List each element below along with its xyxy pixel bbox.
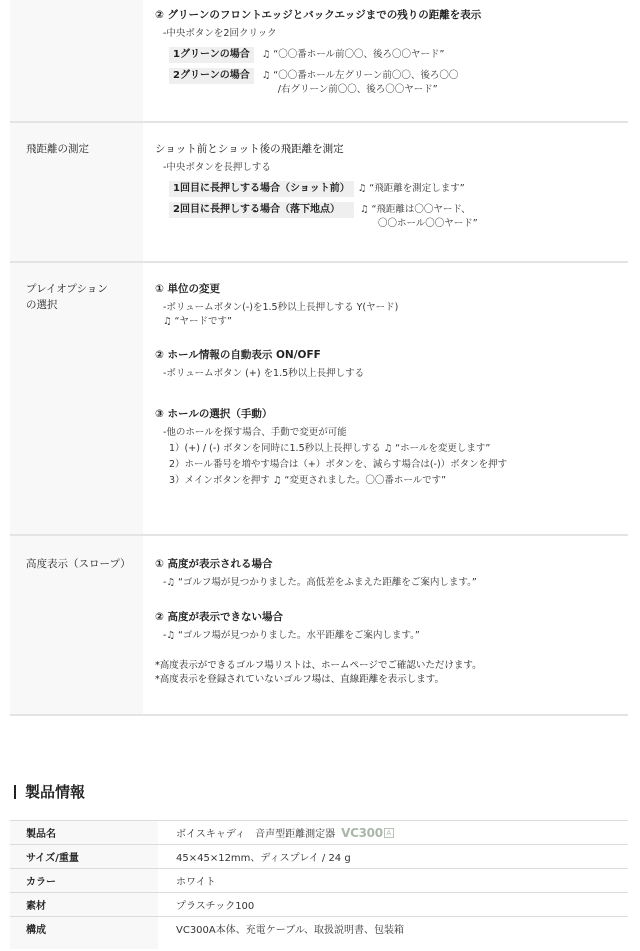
spec-row-name: 製品名 ボイスキャディ 音声型距離測定器 VC300 A	[10, 821, 628, 845]
slope-shown-line: -♫ “ゴルフ場が見つかりました。高低差をふまえた距離をご案内します。”	[155, 576, 628, 590]
case-voice: ♫ “〇〇番ホール左グリーン前〇〇、後ろ〇〇 /右グリーン前〇〇、後ろ〇〇ヤード…	[254, 68, 459, 97]
spec-table: 製品名 ボイスキャディ 音声型距離測定器 VC300 A サイズ/重量 45×4…	[10, 820, 628, 949]
spec-value: ホワイト	[158, 869, 628, 892]
unit-voice: ♫ “ヤードです”	[155, 315, 628, 329]
feature-label-text: 高度表示（スロープ）	[26, 558, 131, 570]
spec-value: ボイスキャディ 音声型距離測定器 VC300 A	[158, 821, 628, 844]
slope-not-shown-line: -♫ “ゴルフ場が見つかりました。水平距離をご案内します。”	[155, 629, 628, 643]
heading-bar	[14, 785, 16, 799]
case-tag: 2回目に長押しする場合（落下地点）	[169, 202, 354, 218]
spec-value: 45×45×12mm、ディスプレイ / 24 g	[158, 845, 628, 868]
spec-value-text: ボイスキャディ 音声型距離測定器	[176, 825, 335, 840]
slope-note-2: *高度表示を登録されていないゴルフ場は、直線距離を表示します。	[155, 673, 628, 687]
spec-row-color: カラー ホワイト	[10, 869, 628, 893]
hole-select-step-2: 2）ホール番号を増やす場合は（+）ボタンを、減らす場合は(-)）ボタンを押す	[155, 458, 628, 472]
hole-select-line: -他のホールを探す場合、手動で変更が可能	[155, 426, 628, 440]
spec-value: VC300A本体、充電ケーブル、取扱説明書、包装箱	[158, 917, 628, 949]
auto-display-line: -ボリュームボタン (+) を1.5秒以上長押しする	[155, 367, 628, 381]
voice-line: ♫ “飛距離を測定します”	[358, 182, 465, 196]
spec-value: プラスチック100	[158, 893, 628, 916]
slope-note-1: *高度表示ができるゴルフ場リストは、ホームページでご確認いただけます。	[155, 659, 628, 673]
case-tag: 1回目に長押しする場合（ショット前）	[169, 181, 354, 197]
vc300-logo: VC300	[341, 826, 383, 840]
spec-label: 製品名	[10, 821, 158, 844]
feature-body-cell: ① 単位の変更 -ボリュームボタン(-)を1.5秒以上長押しする Y(ヤード) …	[143, 263, 628, 534]
spec-row-contents: 構成 VC300A本体、充電ケーブル、取扱説明書、包装箱	[10, 917, 628, 949]
feature-row-green-edge: ② グリーンのフロントエッジとバックエッジまでの残りの距離を表示 -中央ボタンを…	[10, 0, 628, 123]
distance-case-1: 1回目に長押しする場合（ショット前） ♫ “飛距離を測定します”	[169, 181, 628, 197]
vc300-badge-icon: A	[384, 828, 394, 838]
voice-line: ♫ “〇〇番ホール左グリーン前〇〇、後ろ〇〇	[262, 69, 459, 83]
feature-label-distance: 飛距離の測定	[10, 123, 143, 261]
spec-label: カラー	[10, 869, 158, 892]
feature-label-text: の選択	[26, 297, 143, 313]
voice-line: /右グリーン前〇〇、後ろ〇〇ヤード”	[262, 83, 459, 97]
feature-label-cell	[10, 0, 143, 121]
auto-display-heading: ② ホール情報の自動表示 ON/OFF	[155, 348, 628, 362]
feature-row-distance: 飛距離の測定 ショット前とショット後の飛距離を測定 -中央ボタンを長押しする 1…	[10, 123, 628, 263]
green-edge-heading: ② グリーンのフロントエッジとバックエッジまでの残りの距離を表示	[155, 8, 628, 22]
spec-label: 構成	[10, 917, 158, 949]
feature-label-slope: 高度表示（スロープ）	[10, 536, 143, 714]
feature-row-slope: 高度表示（スロープ） ① 高度が表示される場合 -♫ “ゴルフ場が見つかりました…	[10, 536, 628, 716]
feature-label-text: 飛距離の測定	[26, 143, 89, 155]
voice-line: 〇〇ホール〇〇ヤード”	[360, 217, 478, 231]
voice-line: ♫ “飛距離は〇〇ヤード、	[360, 203, 478, 217]
slope-shown-heading: ① 高度が表示される場合	[155, 557, 628, 571]
feature-table: ② グリーンのフロントエッジとバックエッジまでの残りの距離を表示 -中央ボタンを…	[10, 0, 628, 716]
distance-heading: ショット前とショット後の飛距離を測定	[155, 142, 628, 156]
spec-row-material: 素材 プラスチック100	[10, 893, 628, 917]
feature-body-cell: ① 高度が表示される場合 -♫ “ゴルフ場が見つかりました。高低差をふまえた距離…	[143, 536, 628, 714]
case-voice: ♫ “飛距離を測定します”	[354, 181, 465, 196]
feature-row-play-option: プレイオプション の選択 ① 単位の変更 -ボリュームボタン(-)を1.5秒以上…	[10, 263, 628, 536]
spec-label: 素材	[10, 893, 158, 916]
feature-label-play-option: プレイオプション の選択	[10, 263, 143, 534]
case-tag: 2グリーンの場合	[169, 68, 254, 84]
green-edge-instruction: -中央ボタンを2回クリック	[155, 27, 628, 41]
distance-instruction: -中央ボタンを長押しする	[155, 161, 628, 175]
product-info-heading: 製品情報	[14, 781, 85, 802]
spec-label: サイズ/重量	[10, 845, 158, 868]
product-info-title: 製品情報	[25, 781, 85, 802]
voice-line: ♫ “〇〇番ホール前〇〇、後ろ〇〇ヤード”	[262, 48, 445, 62]
hole-select-step-1: 1）(+) / (-) ボタンを同時に1.5秒以上長押しする ♫ “ホールを変更…	[155, 442, 628, 456]
unit-heading: ① 単位の変更	[155, 282, 628, 296]
unit-line: -ボリュームボタン(-)を1.5秒以上長押しする Y(ヤード)	[155, 301, 628, 315]
distance-case-2: 2回目に長押しする場合（落下地点） ♫ “飛距離は〇〇ヤード、 〇〇ホール〇〇ヤ…	[169, 202, 628, 231]
green-case-1: 1グリーンの場合 ♫ “〇〇番ホール前〇〇、後ろ〇〇ヤード”	[169, 47, 628, 63]
spec-row-size: サイズ/重量 45×45×12mm、ディスプレイ / 24 g	[10, 845, 628, 869]
case-tag: 1グリーンの場合	[169, 47, 254, 63]
feature-body-cell: ショット前とショット後の飛距離を測定 -中央ボタンを長押しする 1回目に長押しす…	[143, 123, 628, 261]
feature-body-cell: ② グリーンのフロントエッジとバックエッジまでの残りの距離を表示 -中央ボタンを…	[143, 0, 628, 121]
hole-select-step-3: 3）メインボタンを押す ♫ “変更されました。〇〇番ホールです”	[155, 474, 628, 488]
green-case-2: 2グリーンの場合 ♫ “〇〇番ホール左グリーン前〇〇、後ろ〇〇 /右グリーン前〇…	[169, 68, 628, 97]
feature-label-text: プレイオプション	[26, 281, 143, 297]
slope-not-shown-heading: ② 高度が表示できない場合	[155, 610, 628, 624]
case-voice: ♫ “〇〇番ホール前〇〇、後ろ〇〇ヤード”	[254, 47, 445, 62]
hole-select-heading: ③ ホールの選択（手動）	[155, 407, 628, 421]
case-voice: ♫ “飛距離は〇〇ヤード、 〇〇ホール〇〇ヤード”	[354, 202, 478, 231]
